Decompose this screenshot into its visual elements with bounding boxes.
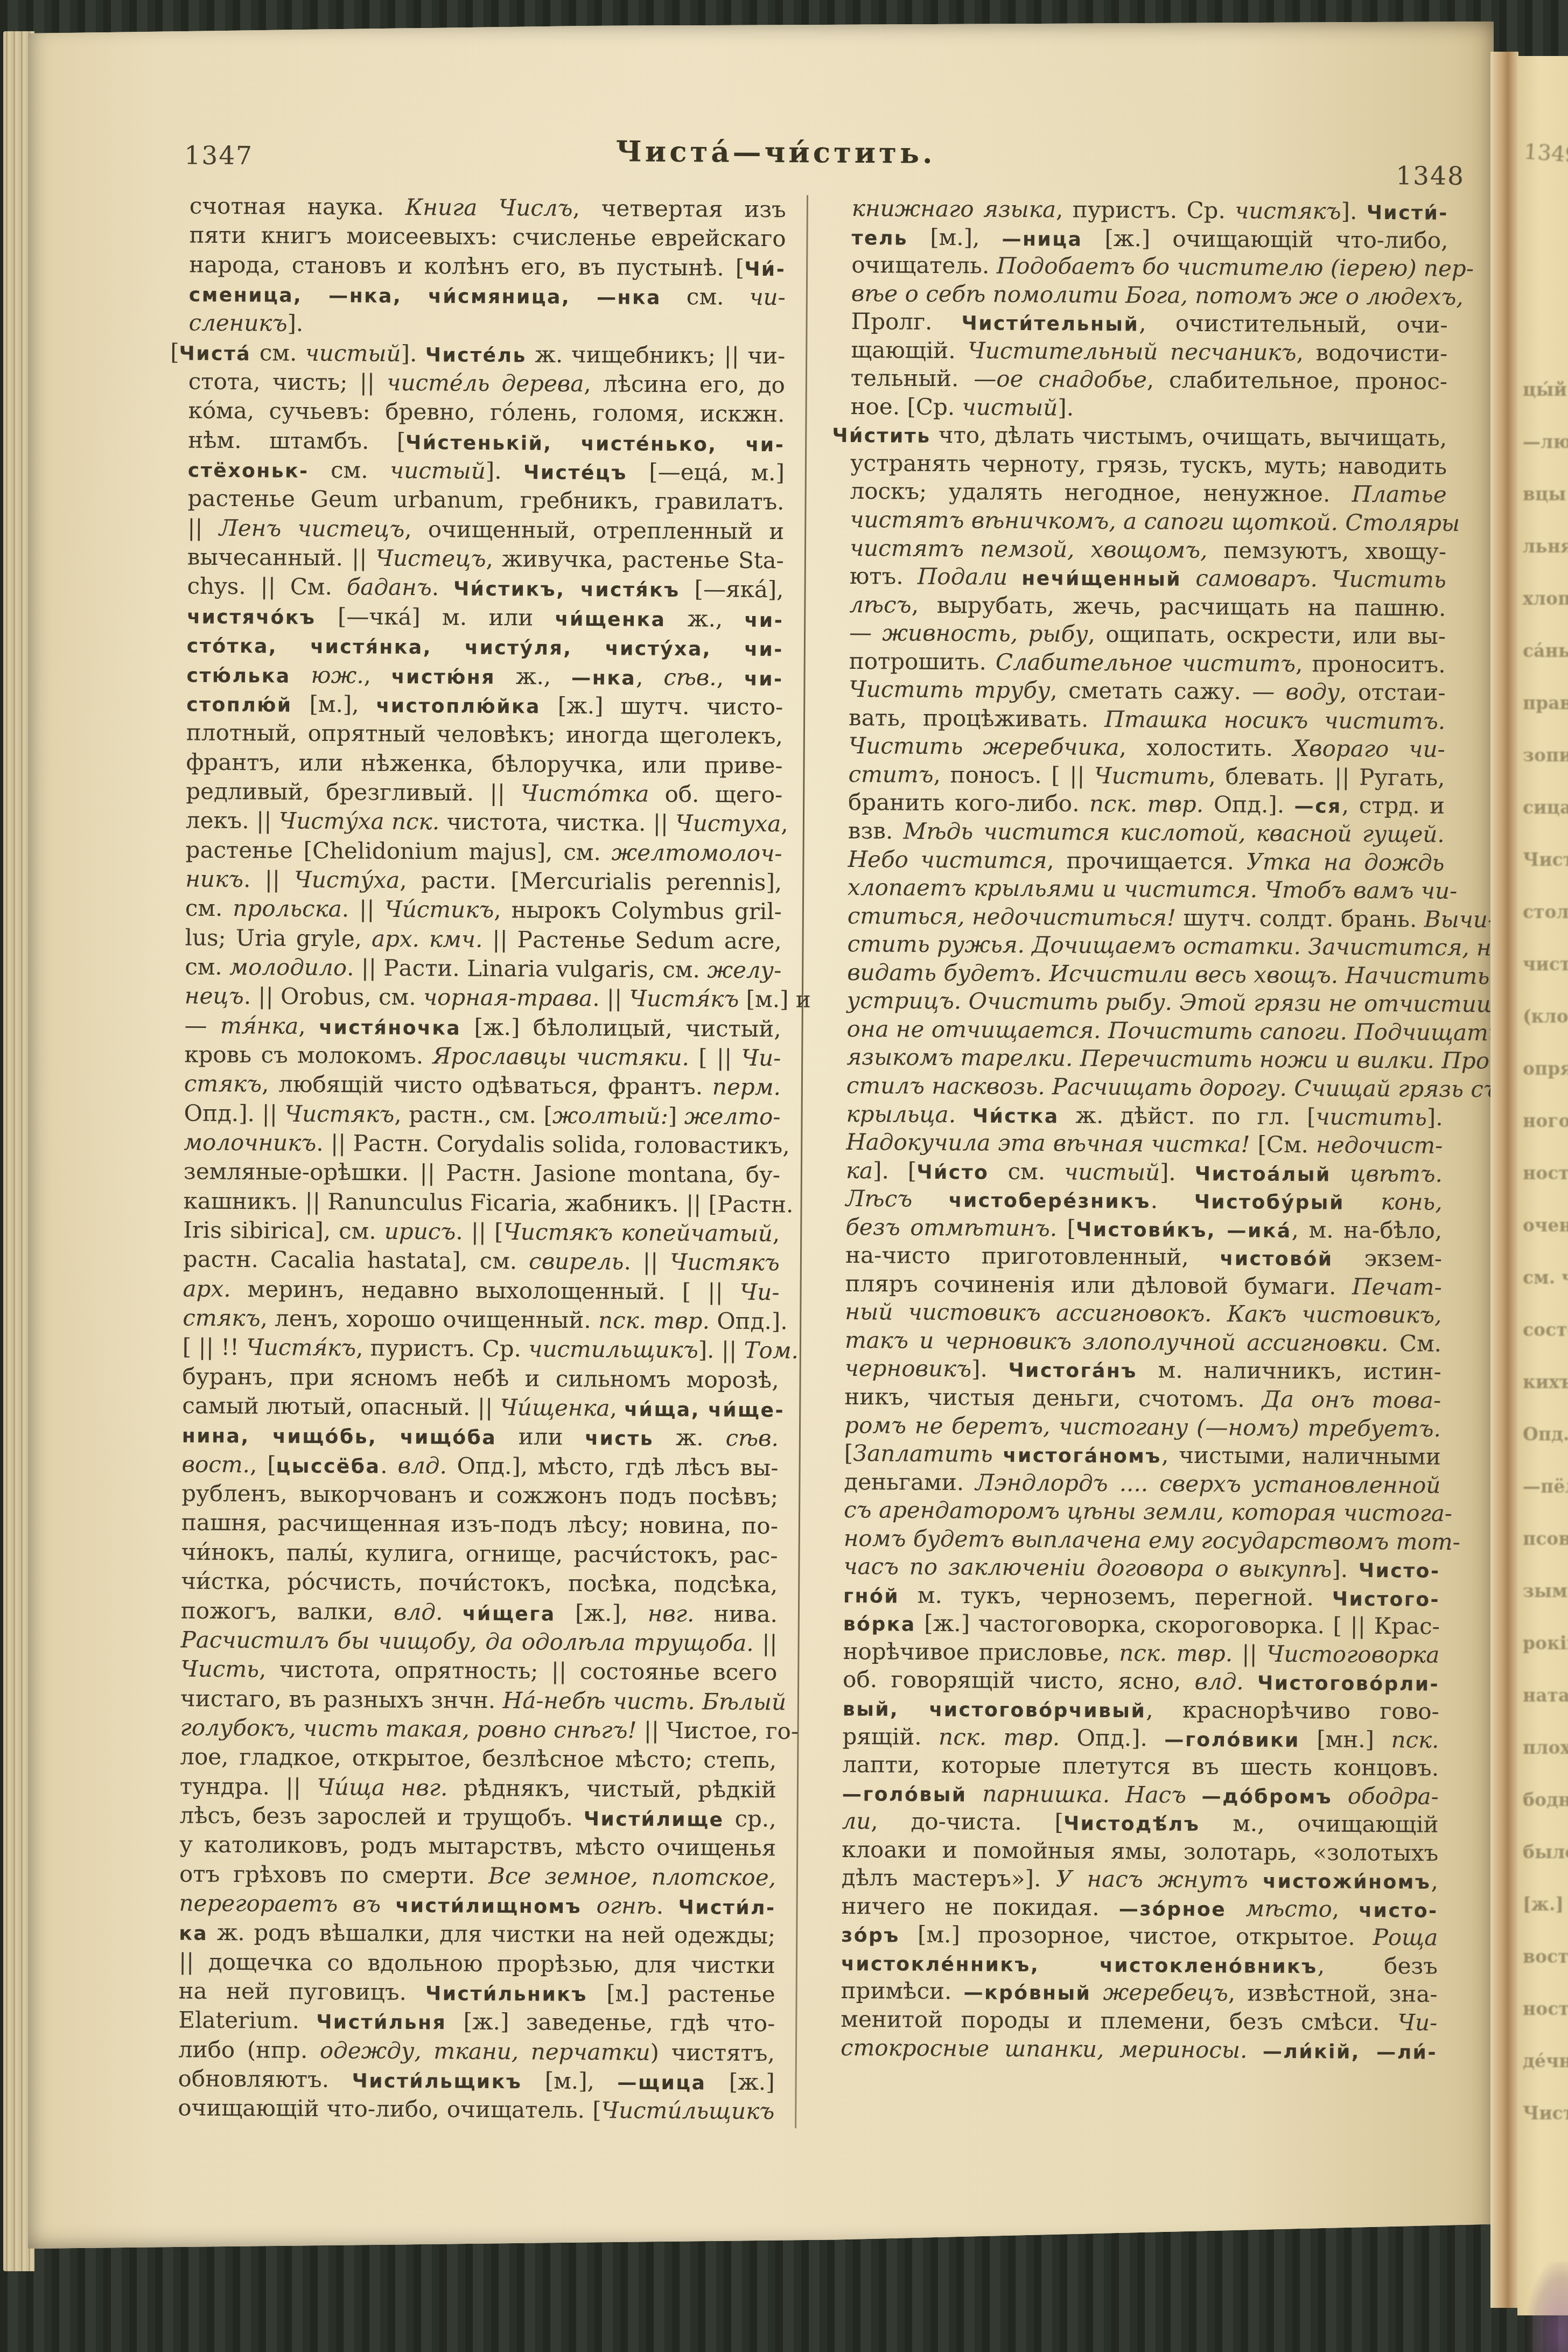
dictionary-line: народа, становъ и колѣнъ его, въ пустынѣ…	[171, 250, 786, 283]
dictionary-line: рящій. пск. твр. Опд.]. —голо́вики [мн.]…	[824, 1722, 1439, 1754]
dictionary-line: Iris sibirica], см. ирисъ. || [Чистякъ к…	[165, 1215, 780, 1248]
dictionary-line: нина, чищо́бь, чищо́ба или чисть ж. сѣв.	[164, 1420, 779, 1453]
dictionary-line: кашникъ. || Ranunculus Ficaria, жабникъ.…	[165, 1186, 780, 1219]
dictionary-line: стота, чисть; || чисте́ль дерева, лѣсина…	[170, 367, 785, 400]
dictionary-line: вать, процѣживать. Пташка носикъ чиститъ…	[830, 704, 1445, 736]
dictionary-line: чистаго, въ разныхъ знчн. На́-небѣ чисть…	[162, 1684, 777, 1717]
adjacent-page: 1349 цы́й ж—любивцы чльняной,хлопка.са́н…	[1517, 56, 1568, 2315]
dictionary-line: кровь съ молокомъ. Ярославцы чистяки. [ …	[166, 1040, 781, 1073]
dictionary-line: книжнаго языка, пуристъ. Ср. чистякъ]. Ч…	[834, 194, 1448, 227]
edge-fragment: са́нье [ч	[1523, 640, 1568, 661]
dictionary-line: рубленъ, выкорчованъ и сожжонъ подъ посѣ…	[163, 1479, 778, 1511]
dictionary-line: чистятъ пемзой, хвощомъ, пемзуютъ, хвощу…	[831, 534, 1446, 566]
edge-fragment: псовой	[1523, 1528, 1568, 1549]
dictionary-line: Чистить жеребчика, холостить. Хвораго чи…	[830, 732, 1445, 764]
dictionary-line: ли, до-чиста. [Чистодѣ́лъ м., очищающій	[823, 1807, 1438, 1839]
adjacent-page-number: 1349	[1523, 139, 1568, 168]
dictionary-line: менитой породы и племени, безъ смѣси. Чи…	[822, 2005, 1437, 2038]
edge-fragment: опрятн	[1523, 1058, 1568, 1079]
dictionary-line: языкомъ тарелки. Перечистить ножи и вилк…	[828, 1043, 1443, 1075]
dictionary-line: тундра. || Чи́ща нвг. рѣднякъ, чистый, р…	[162, 1772, 776, 1804]
dictionary-line: безъ отмѣтинъ. [Чистови́къ, —ика́, м. на…	[827, 1213, 1442, 1245]
dictionary-line: Чисть, чистота, опрятность; || состоянье…	[162, 1654, 777, 1687]
edge-fragment: бодное,	[1523, 1789, 1568, 1810]
gutter-shadow	[1490, 52, 1518, 2308]
dictionary-line: стить ружья. Дочищаемъ остатки. Зачистит…	[829, 930, 1444, 962]
dictionary-line: Расчистилъ бы чищобу, да одолѣла трущоба…	[162, 1625, 777, 1658]
dictionary-line: хлопаетъ крыльями и чистится. Чтобъ вамъ…	[829, 873, 1444, 906]
dictionary-line: примѣси. —кро́вный жеребецъ, извѣстной, …	[822, 1977, 1437, 2009]
dictionary-line: самый лютый, опасный. || Чи́щенка, чи́ща…	[164, 1391, 779, 1424]
dictionary-line: сменица, —нка, чи́смяница, —нка см. чи-	[171, 279, 786, 312]
dictionary-line: чистячо́къ [—чка́] м. или чи́щенка ж., ч…	[169, 601, 783, 634]
edge-fragment: —пёльн	[1523, 1476, 1568, 1497]
dictionary-line: стёхоньк- см. чистый]. Чисте́цъ [—еца́, …	[170, 454, 785, 487]
dictionary-line: чи́нокъ, палы́, кулига, огнище, расчи́ст…	[163, 1537, 778, 1570]
dictionary-line: дѣлъ мастеръ»]. У насъ жнутъ чистожи́ном…	[823, 1864, 1438, 1896]
dictionary-line: во́рка [ж.] частоговорка, скороговорка. …	[825, 1609, 1440, 1641]
dictionary-line: либо (нпр. одежду, ткани, перчатки) чист…	[160, 2035, 775, 2068]
dictionary-line: потрошить. Слабительное чиститъ, проноси…	[831, 647, 1446, 680]
dictionary-line: об. говорящій чисто, ясно, влд. Чистогов…	[824, 1665, 1439, 1698]
dictionary-line: нѣм. штамбъ. [Чи́стенькій, чисте́нько, ч…	[170, 425, 785, 458]
dictionary-line: лѣсъ, безъ зарослей и трущобъ. Чисти́лищ…	[161, 1801, 776, 1833]
dictionary-line: счотная наука. Книга Числъ, четвертая из…	[171, 191, 786, 224]
edge-fragment: зыми, г	[1523, 1580, 1568, 1601]
dictionary-line: стокросные шпанки, мериносы. —ли́кій, —л…	[822, 2033, 1437, 2066]
dictionary-line: лекъ. || Чисту́ха пск. чистота, чистка. …	[167, 806, 782, 839]
dictionary-line: вост., [цыссёба. влд. Опд.], мѣсто, гдѣ …	[163, 1450, 778, 1482]
dictionary-line: Чи́стить что, дѣлать чистымъ, очищать, в…	[832, 421, 1447, 453]
dictionary-line: редливый, брезгливый. || Чисто́тка об. щ…	[167, 776, 782, 809]
edge-fragment: рокій к	[1523, 1633, 1568, 1654]
dictionary-line: у католиковъ, родъ мытарствъ, мѣсто очищ…	[161, 1830, 776, 1863]
dictionary-line: ка]. [Чи́сто см. чистый]. Чистоа́лый цвѣ…	[828, 1156, 1443, 1188]
dictionary-line: Elaterium. Чисти́льня [ж.] заведенье, гд…	[160, 2006, 775, 2039]
dictionary-line: обновляютъ. Чисти́льщикъ [м.], —щица [ж.…	[159, 2064, 774, 2097]
dictionary-line: черновикъ]. Чистога́нъ м. наличникъ, ист…	[827, 1354, 1441, 1387]
dictionary-line: см. молодило. || Расти. Linaria vulgaris…	[166, 952, 781, 985]
dictionary-line: chys. || См. баданъ. Чи́стикъ, чистя́къ …	[169, 572, 783, 605]
dictionary-line: зо́ръ [м.] прозорное, чистое, открытое. …	[823, 1920, 1438, 1952]
dictionary-line: лапти, которые плетутся въ шесть концовъ…	[824, 1751, 1439, 1783]
dictionary-line: щающій. Чистительный песчаникъ, водочист…	[832, 336, 1447, 368]
dictionary-line: чистятъ вѣничкомъ, а сапоги щоткой. Стол…	[831, 506, 1446, 538]
edge-fragment: —люби	[1523, 431, 1568, 452]
book-page: 1347 Чиста́—чи́стить. 1348 счотная наука…	[28, 22, 1494, 2249]
dictionary-line: Надокучила эта вѣчная чистка! [См. недоч…	[828, 1128, 1443, 1160]
edge-fragment: плохой	[1523, 1737, 1568, 1758]
dictionary-line: стякъ, любящій чисто одѣваться, франтъ. …	[166, 1069, 781, 1102]
dictionary-line: вѣе о себѣ помолити Бога, потомъ же о лю…	[833, 279, 1448, 311]
dictionary-line: растенье [Chelidonium majus], см. желтом…	[167, 835, 782, 868]
dictionary-line: чистокле́нникъ, чистоклено́вникъ, безъ	[823, 1949, 1438, 1981]
dictionary-line: ное. [Ср. чистый].	[832, 393, 1447, 425]
edge-fragment: очень о	[1523, 1215, 1568, 1236]
edge-fragment: столѣтъ	[1523, 901, 1568, 922]
dictionary-line: Лѣсъ чистобере́зникъ. Чистобу́рый конь,	[827, 1185, 1442, 1217]
dictionary-line: она не отчищается. Почистить сапоги. Под…	[828, 1015, 1443, 1047]
dictionary-line: ромъ не беретъ, чистогану (—номъ) требуе…	[826, 1411, 1441, 1443]
dictionary-line: [Чиста́ см. чистый]. Чисте́ль ж. чищебни…	[170, 338, 785, 370]
dictionary-line: сленикъ].	[170, 309, 785, 341]
left-column: счотная наука. Книга Числъ, четвертая из…	[159, 191, 786, 2126]
dictionary-line: очищающій что-либо, очищатель. [Чисти́ль…	[159, 2094, 774, 2126]
dictionary-line: земляные-орѣшки. || Растн. Jasione monta…	[165, 1157, 780, 1190]
page-number-right: 1348	[1396, 161, 1465, 191]
edge-fragment: де́чный	[1523, 2050, 1568, 2071]
dictionary-line: ка ж. родъ вѣшалки, для чистки на ней од…	[160, 1918, 775, 1951]
edge-fragment: сица [ж	[1523, 797, 1568, 818]
edge-fragment: зопись.	[1523, 745, 1568, 766]
dictionary-line: Небо чистится, прочищается. Утка на дожд…	[829, 845, 1444, 877]
dictionary-line: Чистить трубу, сметать сажу. — воду, отс…	[830, 675, 1445, 708]
dictionary-line: никъ. || Чисту́ха, расти. [Mercurialis p…	[167, 864, 782, 897]
edge-fragment: [ж.] пр	[1523, 1894, 1568, 1915]
dictionary-line: тельный. —ое снадобье, слабительное, про…	[832, 364, 1447, 396]
dictionary-line: арх. меринъ, недавно выхолощенный. [ || …	[164, 1274, 779, 1307]
edge-fragment: см. чис	[1523, 1267, 1568, 1288]
dictionary-line: || Ленъ чистецъ, очищенный, отрепленный …	[169, 513, 784, 546]
dictionary-line: ютъ. Подали нечи́щенный самоваръ. Чистит…	[831, 562, 1446, 594]
dictionary-line: франтъ, или нѣженка, бѣлоручка, или прив…	[167, 747, 782, 780]
edge-fragment: состоян	[1523, 1319, 1568, 1340]
dictionary-line: стоплю́й [м.], чистоплю́йка [ж.] шутч. ч…	[168, 689, 783, 722]
dictionary-line: — живность, рыбу, ощипать, оскрести, или…	[831, 619, 1446, 651]
dictionary-line: растенье Geum urbanum, гребникъ, гравила…	[169, 484, 784, 517]
dictionary-line: устранять черноту, грязь, тускъ, муть; н…	[832, 449, 1447, 481]
dictionary-line: lus; Uria gryle, арх. кмч. || Растенье S…	[166, 923, 781, 956]
edge-fragment: ность,	[1523, 1998, 1568, 2019]
dictionary-line: сто́тка, чистя́нка, чисту́ля, чисту́ха, …	[169, 630, 783, 663]
dictionary-line: отъ грѣховъ по смерти. Все земное, плотс…	[161, 1859, 776, 1892]
edge-fragment: натая,	[1523, 1685, 1568, 1706]
dictionary-line: взв. Мѣдь чистится кислотой, квасной гущ…	[830, 817, 1445, 849]
dictionary-line: на ней пуговицъ. Чисти́льникъ [м.] расте…	[160, 1976, 775, 2009]
edge-fragment: Опд.]. —	[1523, 1424, 1568, 1445]
dictionary-line: стилъ насквозь. Расчищать дорогу. Счищай…	[828, 1072, 1443, 1104]
dictionary-line: стякъ, ленъ, хорошо очищенный. пск. твр.…	[164, 1303, 779, 1336]
dictionary-line: стю́лька юж., чистю́ня ж., —нка, сѣв., ч…	[168, 660, 783, 692]
dictionary-line: пяти книгъ моисеевыхъ: счисленье еврейск…	[171, 221, 786, 254]
page-text-layer: 1347 Чиста́—чи́стить. 1348 счотная наука…	[15, 17, 1494, 2253]
right-column: книжнаго языка, пуристъ. Ср. чистякъ]. Ч…	[822, 194, 1448, 2066]
dictionary-line: устрицъ. Очистить рыбу. Этой грязи не от…	[829, 986, 1444, 1019]
dictionary-line: крыльца. Чи́стка ж. дѣйст. по гл. [чисти…	[828, 1100, 1443, 1132]
dictionary-line: часъ по заключеніи договора о выкупѣ]. Ч…	[825, 1552, 1440, 1585]
dictionary-line: лѣсъ, вырубать, жечь, расчищать на пашню…	[831, 590, 1446, 622]
dictionary-line: клоаки и помойныя ямы, золотарь, «золоты…	[823, 1835, 1438, 1867]
dictionary-line: вый, чистогово́рчивый, краснорѣчиво гово…	[824, 1694, 1439, 1726]
dictionary-line: || дощечка со вдольною прорѣзью, для чис…	[160, 1947, 775, 1980]
column-divider	[795, 195, 808, 2129]
dictionary-line: тель [м.], —ница [ж.] очищающій что-либо…	[833, 222, 1448, 255]
edge-fragment: Чистопл	[1523, 849, 1568, 870]
dictionary-line: такъ и черновикъ злополучной ассигновки.…	[827, 1326, 1441, 1359]
dictionary-line: очищатель. Подобаетъ бо чистителю (іерею…	[833, 251, 1448, 283]
edge-fragment: вцы ч	[1523, 484, 1568, 505]
dictionary-line: нецъ. || Orobus, см. чорная-трава. || Чи…	[166, 982, 781, 1014]
edge-fragment: быловир	[1523, 1842, 1568, 1863]
dictionary-line: лое, гладкое, открытое, безлѣсное мѣсто;…	[162, 1742, 776, 1775]
dictionary-line: молочникъ. || Растн. Corydalis solida, г…	[165, 1128, 780, 1160]
dictionary-line: никъ, чистыя деньги, счотомъ. Да онъ тов…	[826, 1383, 1441, 1415]
dictionary-line: ко́ма, сучьевъ: бревно, го́лень, голомя,…	[170, 396, 785, 429]
dictionary-line: ный чистовикъ ассигновокъ. Какъ чистовик…	[827, 1298, 1441, 1330]
edge-fragment: Чисток	[1523, 2103, 1568, 2124]
dictionary-line: гно́й м. тукъ, черноземъ, перегной. Чист…	[825, 1581, 1440, 1613]
edge-fragment: кихъ ку	[1523, 1371, 1568, 1392]
edge-fragment: вость,	[1523, 1946, 1568, 1967]
dictionary-line: плотный, опрятный человѣкъ; иногда щегол…	[168, 718, 783, 751]
edge-fragment: чистѣтк	[1523, 954, 1568, 975]
edge-fragment: ность [ж	[1523, 1163, 1568, 1184]
dictionary-line: чи́стка, ро́счисть, почи́стокъ, посѣка, …	[163, 1566, 778, 1599]
dictionary-line: вычесанный. || Чистецъ, живучка, растень…	[169, 542, 784, 575]
dictionary-line: бранить кого-либо. пск. твр. Опд.]. —ся,…	[830, 788, 1445, 821]
dictionary-line: деньгами. Лэндлордъ .... сверхъ установл…	[825, 1467, 1440, 1500]
edge-fragment: правил	[1523, 692, 1568, 713]
dictionary-line: буранъ, при ясномъ небѣ и сильномъ мороз…	[164, 1362, 779, 1395]
dictionary-line: растн. Cacalia hastata], см. свирель. ||…	[165, 1245, 780, 1278]
dictionary-line: голубокъ, чисть такая, ровно снѣгъ! || Ч…	[162, 1713, 776, 1746]
dictionary-line: норѣчивое присловье, пск. твр. || Чистог…	[824, 1637, 1439, 1670]
dictionary-line: см. прольска. || Чи́стикъ, нырокъ Colymb…	[167, 894, 782, 927]
edge-fragment: (клоп) ч	[1523, 1006, 1568, 1027]
dictionary-line: —голо́вый парнишка. Насъ —до́бромъ ободр…	[824, 1779, 1439, 1811]
dictionary-line: пожогъ, валки, влд. чи́щега [ж.], нвг. н…	[163, 1596, 778, 1629]
dictionary-line: Опд.]. || Чистякъ, растн., см. [жолтый:]…	[165, 1098, 780, 1131]
edge-fragment: льняной,	[1523, 536, 1568, 557]
dictionary-line: ститъ, поносъ. [ || Чистить, блевать. ||…	[830, 760, 1445, 793]
dictionary-line: [ || !! Чистя́къ, пуристъ. Ср. чистильщи…	[164, 1333, 779, 1366]
edge-fragment: ного, од	[1523, 1110, 1568, 1131]
dictionary-line: ничего не покидая. —зо́рное мѣсто, чисто…	[823, 1892, 1438, 1924]
dictionary-line: видать будетъ. Исчистили весь хвощъ. Нач…	[829, 958, 1444, 991]
edge-fragment: хлопка.	[1523, 588, 1568, 609]
dictionary-line: пляръ сочиненія или дѣловой бумаги. Печа…	[827, 1270, 1442, 1302]
dictionary-line: [Заплатить чистога́номъ, чистыми, наличн…	[826, 1439, 1441, 1472]
dictionary-line: съ арендаторомъ цѣны земли, которая чист…	[825, 1496, 1440, 1528]
dictionary-line: пашня, расчищенная изъ-подъ лѣсу; новина…	[163, 1508, 778, 1541]
bottom-smudge	[1527, 2262, 1568, 2352]
edge-fragment: цы́й ж	[1523, 379, 1568, 400]
dictionary-line: лоскъ; удалять негодное, ненужное. Плать…	[832, 477, 1447, 509]
dictionary-line: ститься, недочиститься! шутч. солдт. бра…	[829, 901, 1444, 934]
dictionary-line: Пролг. Чисти́тельный, очистительный, очи…	[832, 307, 1447, 340]
dictionary-line: перегораетъ въ чисти́лищномъ огнѣ. Чисти…	[160, 1888, 775, 1921]
dictionary-line: — тя́нка, чистя́ночка [ж.] бѣлолицый, чи…	[166, 1011, 781, 1044]
scanned-dictionary-page: 1347 Чиста́—чи́стить. 1348 счотная наука…	[0, 0, 1568, 2352]
dictionary-line: на-чисто приготовленный, чистово́й экзем…	[827, 1241, 1442, 1273]
dictionary-line: номъ будетъ выплачена ему государствомъ …	[825, 1524, 1440, 1556]
